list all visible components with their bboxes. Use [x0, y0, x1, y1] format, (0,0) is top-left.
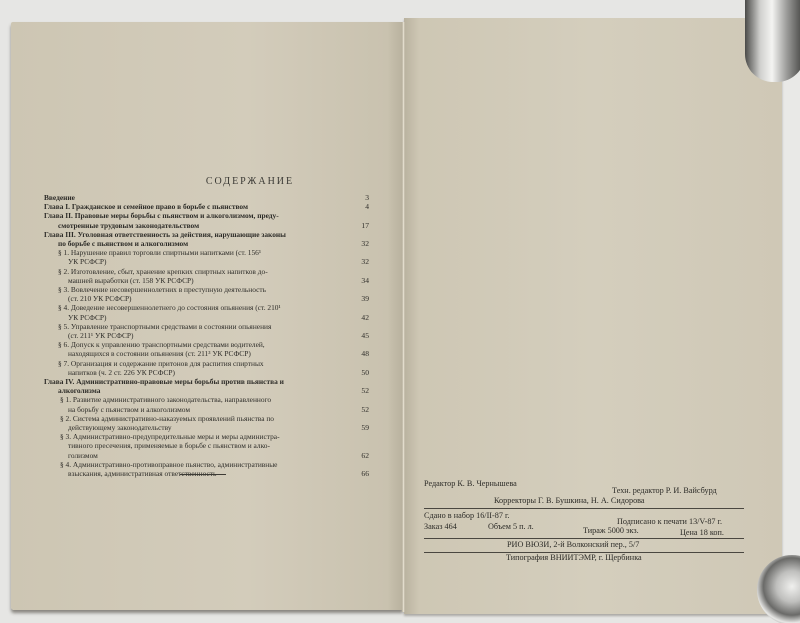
toc-entry: § 7. Организация и содержание притонов д… — [44, 359, 369, 377]
toc-entry: Глава III. Уголовная ответственность за … — [44, 230, 369, 248]
page-number: 48 — [349, 349, 369, 358]
page-number: 66 — [349, 469, 369, 478]
page-number: 50 — [349, 368, 369, 377]
right-page — [404, 18, 782, 614]
page-number: 32 — [349, 257, 369, 266]
imprint-order: Заказ 464 — [424, 522, 457, 531]
toc-entry: § 4. Административно-противоправное пьян… — [44, 460, 369, 478]
page-number: 45 — [349, 331, 369, 340]
toc-entry: § 2. Изготовление, сбыт, хранение крепки… — [44, 267, 369, 285]
imprint-editor: Редактор К. В. Чернышева — [424, 479, 517, 488]
page-number: 52 — [349, 386, 369, 395]
toc-entry: Введение 3 — [44, 193, 369, 202]
toc-entry: § 2. Система административно-наказуемых … — [44, 414, 369, 432]
imprint-publisher: РИО ВЮЗИ, 2-й Волконский пер., 5/7 — [507, 540, 639, 549]
imprint-print-run: Тираж 5000 экз. — [583, 526, 639, 535]
imprint-price: Цена 18 коп. — [680, 528, 724, 537]
toc-entry: § 1. Развитие административного законода… — [44, 395, 369, 413]
toc-entry: § 1. Нарушение правил торговли спиртными… — [44, 248, 369, 266]
page-number: 3 — [349, 193, 369, 202]
page-number: 4 — [349, 202, 369, 211]
toc-title: СОДЕРЖАНИЕ — [160, 176, 340, 187]
toc-entry: § 3. Административно-предупредительные м… — [44, 432, 369, 460]
page-number: 62 — [349, 451, 369, 460]
imprint-tech-editor: Техн. редактор Р. И. Вайсбурд — [612, 486, 717, 495]
background — [782, 0, 800, 623]
page-number: 32 — [349, 239, 369, 248]
page-number: 34 — [349, 276, 369, 285]
imprint-printer: Типография ВНИИТЭМР, г. Щербинка — [506, 553, 642, 562]
metal-weight — [745, 0, 800, 82]
end-divider — [180, 474, 226, 475]
toc-entry: § 3. Вовлечение несовершеннолетних в пре… — [44, 285, 369, 303]
page-number: 39 — [349, 294, 369, 303]
toc-entry: § 6. Допуск к управлению транспортными с… — [44, 340, 369, 358]
toc-entry: § 4. Доведение несовершеннолетнего до со… — [44, 303, 369, 321]
imprint-sent-to-typeset: Сдано в набор 16/II-87 г. — [424, 511, 509, 520]
page-number: 42 — [349, 313, 369, 322]
toc-entry: Глава IV. Административно-правовые меры … — [44, 377, 369, 395]
imprint-signed-to-print: Подписано к печати 13/V-87 г. — [617, 517, 722, 526]
toc-entry: Глава II. Правовые меры борьбы с пьянств… — [44, 211, 369, 229]
imprint-rule — [424, 508, 744, 509]
toc-entry: § 5. Управление транспортными средствами… — [44, 322, 369, 340]
imprint-rule — [424, 538, 744, 539]
imprint-correctors: Корректоры Г. В. Бушкина, Н. А. Сидорова — [494, 496, 645, 505]
book-gutter — [402, 22, 405, 612]
page-number: 17 — [349, 221, 369, 230]
page-number: 59 — [349, 423, 369, 432]
toc-entry: Глава I. Гражданское и семейное право в … — [44, 202, 369, 211]
page-number: 52 — [349, 405, 369, 414]
table-of-contents: Введение 3 Глава I. Гражданское и семейн… — [44, 193, 369, 478]
imprint-volume: Объем 5 п. л. — [488, 522, 534, 531]
